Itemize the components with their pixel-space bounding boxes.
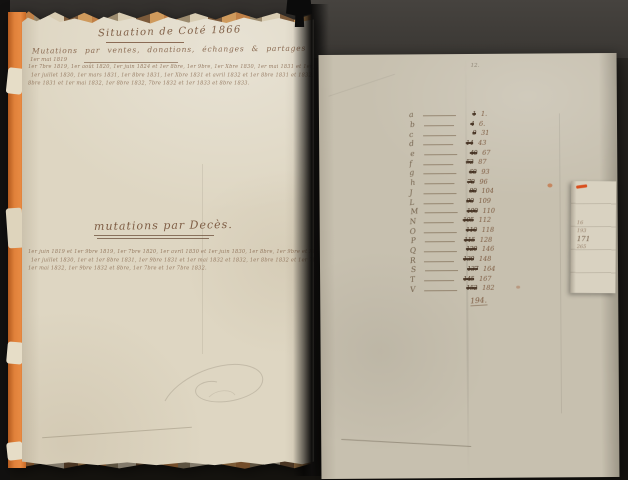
- index-letter: V: [410, 283, 425, 294]
- index-dash-line: [423, 134, 456, 136]
- index-dash-line: [424, 221, 454, 223]
- index-dash-line: [423, 144, 453, 146]
- spine-paper-patch: [6, 341, 24, 364]
- index-new-value: 31: [481, 129, 489, 137]
- index-dash-line: [423, 163, 453, 165]
- handwritten-paragraph-ventes: 1er 7bre 1819, 1er août 1820, 1er juin 1…: [28, 63, 316, 88]
- index-new-value: 110: [483, 207, 495, 215]
- page-crease: [341, 439, 471, 447]
- index-dash-line: [425, 269, 458, 271]
- index-new-value: 109: [479, 197, 491, 205]
- heading-underline: [97, 238, 209, 239]
- index-row: S 137 164: [411, 264, 495, 274]
- index-dash-line: [423, 192, 456, 194]
- index-dash-line: [423, 114, 456, 116]
- index-new-value: 1.: [481, 110, 487, 118]
- index-row: Q 120 146: [410, 244, 494, 254]
- index-new-value: 67: [482, 148, 490, 156]
- index-old-value: 152: [460, 284, 477, 292]
- paragraph-line: 1er 7bre 1819, 1er août 1820, 1er juin 1…: [28, 63, 316, 71]
- index-new-value: 112: [479, 216, 491, 224]
- slip-number: 16: [577, 219, 607, 227]
- index-old-value: 1: [459, 110, 476, 118]
- index-row: e 40 67: [410, 148, 494, 158]
- page-crease: [202, 164, 203, 354]
- paper-slip: 16 193 171 265: [570, 181, 616, 293]
- index-new-value: 96: [479, 178, 487, 186]
- pencil-flourish: [157, 349, 277, 419]
- index-letter: N: [409, 216, 424, 227]
- index-row: g 60 93: [409, 167, 493, 177]
- index-old-value: 110: [460, 226, 477, 234]
- index-dash-line: [424, 153, 457, 155]
- index-dash-line: [424, 289, 457, 291]
- index-new-value: 182: [482, 284, 494, 292]
- index-new-value: 146: [482, 245, 494, 253]
- index-new-value: 43: [478, 139, 486, 147]
- index-dash-line: [424, 124, 454, 126]
- page-crease: [559, 113, 562, 413]
- right-page: 12. a 1 1. b 4 6. c: [319, 53, 620, 479]
- index-dash-line: [423, 173, 456, 175]
- page-crease: [42, 427, 192, 438]
- section-heading-ventes: Mutations par ventes, donations, échange…: [32, 44, 314, 56]
- spine-paper-patch: [6, 441, 24, 461]
- index-letter: T: [410, 274, 425, 285]
- paragraph-line: 1er juillet 1830, 1er et 1er 8bre 1831, …: [31, 256, 316, 264]
- index-letter: J: [409, 186, 424, 197]
- index-dash-line: [425, 211, 458, 213]
- slip-number: 265: [577, 243, 607, 251]
- index-old-value: 80: [459, 187, 476, 195]
- index-new-value: 167: [479, 274, 491, 282]
- index-row: b 4 6.: [410, 119, 494, 129]
- paragraph-line: 1er juin 1819 et 1er 9bre 1819, 1er 7bre…: [28, 248, 316, 256]
- scanned-register-spread: Situation de Coté 1866 Mutations par ven…: [0, 0, 628, 480]
- index-old-value: 40: [460, 149, 477, 157]
- ink-stain: [516, 286, 520, 289]
- ink-stain: [547, 183, 552, 187]
- index-old-value: 120: [460, 245, 477, 253]
- index-dash-line: [424, 260, 454, 262]
- left-page: Situation de Coté 1866 Mutations par ven…: [22, 14, 314, 466]
- scanner-background: [298, 0, 628, 58]
- slip-numbers: 16 193 171 265: [577, 219, 607, 251]
- section-heading-deces: mutations par Decès.: [94, 218, 233, 233]
- index-dash-line: [424, 279, 454, 281]
- page-crease: [328, 74, 395, 97]
- index-letter: Q: [409, 245, 424, 256]
- red-mark: [576, 184, 587, 188]
- spine-paper-patch: [6, 67, 25, 95]
- index-row: J 80 104: [409, 186, 493, 196]
- index-dash-line: [424, 182, 454, 184]
- heading-underline: [94, 235, 214, 236]
- index-old-value: 137: [461, 265, 478, 273]
- page-title: Situation de Coté 1866: [98, 24, 268, 39]
- paragraph-line: 1er mai 1832, 1er 9bre 1832 et 8bre, 1er…: [28, 265, 316, 273]
- index-row: N 105 112: [410, 215, 494, 225]
- title-underline: [106, 42, 184, 43]
- index-new-value: 6.: [479, 119, 485, 127]
- alphabet-index: a 1 1. b 4 6. c 9 31: [409, 109, 495, 294]
- index-dash-line: [424, 250, 457, 252]
- index-new-value: 164: [483, 265, 495, 273]
- index-old-value: 100: [461, 207, 478, 215]
- index-new-value: 93: [481, 168, 489, 176]
- index-old-value: 9: [459, 129, 476, 137]
- page-number-mark: 12.: [471, 63, 480, 69]
- index-row: h 70 96: [410, 177, 494, 187]
- slip-number: 193: [577, 227, 607, 235]
- index-new-value: 104: [481, 187, 493, 195]
- index-row: T 145 167: [410, 274, 494, 284]
- index-row: V 152 182: [410, 283, 494, 293]
- paragraph-line: 1er juillet 1830, 1er mars 1831, 1er 8br…: [31, 71, 316, 79]
- index-row: M 100 110: [411, 206, 495, 216]
- index-dash-line: [425, 240, 455, 242]
- index-new-value: 128: [480, 236, 492, 244]
- index-row: d 14 43: [409, 138, 493, 148]
- index-old-value: 60: [459, 168, 476, 176]
- paragraph-line: 8bre 1831 et 1er mai 1832, 1er 8bre 1832…: [28, 80, 316, 88]
- index-new-value: 87: [478, 158, 486, 166]
- spine-paper-patch: [6, 207, 25, 248]
- slip-number: 171: [577, 235, 607, 243]
- handwritten-paragraph-deces: 1er juin 1819 et 1er 9bre 1819, 1er 7bre…: [28, 248, 316, 273]
- index-new-value: 148: [479, 255, 491, 263]
- left-book: Situation de Coté 1866 Mutations par ven…: [6, 10, 314, 470]
- index-row: a 1 1.: [409, 109, 493, 119]
- index-dash-line: [424, 202, 454, 204]
- index-closing-value: 194.: [470, 295, 487, 306]
- index-new-value: 118: [482, 226, 494, 234]
- index-dash-line: [424, 231, 457, 233]
- index-row: P 115 128: [411, 235, 495, 245]
